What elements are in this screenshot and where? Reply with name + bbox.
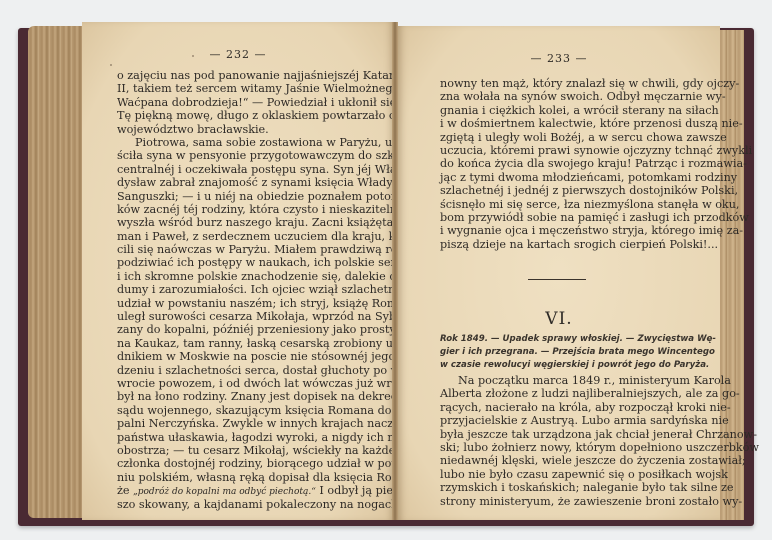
paper-speck	[110, 64, 112, 66]
text-line: bom przywiódł sobie na pamięć i zasługi …	[440, 211, 670, 224]
text-line: lubo nie było czasu zapewnić się o posił…	[440, 468, 670, 481]
text-line: Alberta złożone z ludzi najliberalniejsz…	[440, 387, 670, 400]
text-line: jąc z tymi dwoma młodzieńcami, potomkami…	[440, 171, 670, 184]
text-line: ścisnęło mi się serce, łza niezmyślona s…	[440, 198, 670, 211]
italic-quote: „podróż do kopalni ma odbyć piechotą.“	[133, 487, 316, 497]
text-line: Sanguszki; — i u niéj na obiedzie poznał…	[117, 190, 359, 203]
text-line: o zajęciu nas pod panowanie najjaśniejsz…	[117, 69, 359, 82]
text-line: niedawnéj klęski, wiele jeszcze do życze…	[440, 454, 670, 467]
text-line: obostrza; — tu cesarz Mikołaj, wściekły …	[117, 444, 359, 457]
text-line: i ich skromne polskie znachodzenie się, …	[117, 270, 359, 283]
summary-line: gier i ich przegrana. — Przejścia brata …	[440, 346, 670, 359]
text-line: wyszła wśród burz naszego kraju. Zacni k…	[117, 216, 359, 229]
right-page-text-top: nowny ten mąż, który znalazł się w chwil…	[440, 77, 670, 251]
chapter-number: VI.	[398, 309, 720, 329]
paper-speck	[192, 55, 194, 57]
text-line: uległ surowości cesarza Mikołaja, wprzód…	[117, 310, 359, 323]
text-line: i wygnanie ojca i męczeństwo stryja, któ…	[440, 224, 670, 237]
text-line: był na łono rodziny. Znany jest dopisek …	[117, 390, 359, 403]
left-page-edges	[28, 26, 84, 518]
chapter-summary: Rok 1849. — Upadek sprawy włoskiej. — Zw…	[440, 333, 670, 372]
text-line: niu polskiém, własną ręką dopisał dla ks…	[117, 471, 359, 484]
page-number-right: — 233 —	[398, 52, 720, 65]
text-line: Na początku marca 1849 r., ministeryum K…	[440, 374, 670, 387]
text-line: cili się naówczas w Paryżu. Miałem prawd…	[117, 243, 359, 256]
text-line: dysław zabrał znajomość z synami księcia…	[117, 176, 359, 189]
text-line: Tę piękną mowę, długo z oklaskiem powtar…	[117, 109, 359, 122]
quote-prefix: że	[117, 484, 133, 497]
text-line: dumy i zarozumiałości. Ich ojciec wziął …	[117, 283, 359, 296]
text-line: zany do kopalni, późniéj przeniesiony ja…	[117, 323, 359, 336]
quote-suffix: I odbył ją pie-	[316, 484, 397, 497]
text-line: man i Paweł, z serdecznem uczuciem dla k…	[117, 230, 359, 243]
text-line: przyjacielskie z Austryą. Lubo armia sar…	[440, 414, 670, 427]
section-separator	[528, 279, 586, 280]
open-book-photo: — 232 — o zajęciu nas pod panowanie najj…	[0, 0, 772, 540]
left-page-text: o zajęciu nas pod panowanie najjaśniejsz…	[117, 69, 359, 511]
quote-line: że „podróż do kopalni ma odbyć piechotą.…	[117, 484, 359, 497]
text-line: na Kaukaz, tam ranny, łaską cesarską zro…	[117, 337, 359, 350]
text-line: dzeniu i szlachetności serca, dostał głu…	[117, 364, 359, 377]
text-line: Piotrowa, sama sobie zostawiona w Paryżu…	[117, 136, 359, 149]
left-page: — 232 — o zajęciu nas pod panowanie najj…	[82, 22, 394, 520]
text-line: piszą dzieje na kartach srogich cierpień…	[440, 238, 670, 251]
text-line: do końca życia dla swojego kraju! Patrzą…	[440, 157, 670, 170]
text-line: gnania i ciężkich kolei, a wrócił steran…	[440, 104, 670, 117]
page-number-left: — 232 —	[82, 48, 394, 61]
text-line: strony ministeryum, że zawieszenie broni…	[440, 495, 670, 508]
text-line: udział w powstaniu naszém; ich stryj, ks…	[117, 297, 359, 310]
text-line: uczucia, któremi prawi synowie ojczyzny …	[440, 144, 670, 157]
right-page-text-bottom: Na początku marca 1849 r., ministeryum K…	[440, 374, 670, 508]
text-line: ski; lubo żołnierz nowy, którym dopełnio…	[440, 441, 670, 454]
text-line: Waćpana dobrodzieja!“ — Powiedział i ukł…	[117, 96, 359, 109]
text-line: dnikiem w Moskwie na poscie nie stósowné…	[117, 350, 359, 363]
summary-line: Rok 1849. — Upadek sprawy włoskiej. — Zw…	[440, 333, 670, 346]
text-line: podziwiać ich postępy w naukach, ich pol…	[117, 256, 359, 269]
text-line: wrocie powozem, i od dwóch lat wówczas j…	[117, 377, 359, 390]
text-line: ków zacnéj téj rodziny, która czysto i n…	[117, 203, 359, 216]
text-line: rących, nacierało na króla, aby rozpoczą…	[440, 401, 670, 414]
text-line: ściła syna w pensyonie przygotowawczym d…	[117, 149, 359, 162]
summary-line: w czasie rewolucyi węgierskiej i powrót …	[440, 359, 670, 372]
text-line: II, takiem też sercem witamy Jaśnie Wiel…	[117, 82, 359, 95]
text-line: szo skowany, a kajdanami pokaleczony na …	[117, 498, 359, 511]
text-line: rzymskich i toskańskich; naleganie było …	[440, 481, 670, 494]
text-line: nowny ten mąż, który znalazł się w chwil…	[440, 77, 670, 90]
text-line: zgiętą i uległy woli Bożéj, a w sercu ch…	[440, 131, 670, 144]
text-line: szlachetnéj i jednéj z pierwszych dostoj…	[440, 184, 670, 197]
text-line: centralnéj i oczekiwała postępu syna. Sy…	[117, 163, 359, 176]
text-line: sądu wojennego, skazującym księcia Roman…	[117, 404, 359, 417]
text-line: członka dostojnéj rodziny, biorącego udz…	[117, 457, 359, 470]
right-page: — 233 — nowny ten mąż, który znalazł się…	[398, 26, 720, 520]
text-line: i w dośmiertnem kalectwie, które przenos…	[440, 117, 670, 130]
text-line: zna wołała na synów swoich. Odbył męczar…	[440, 90, 670, 103]
text-line: palni Nerczyńska. Zwykle w innych krajac…	[117, 417, 359, 430]
text-line: państwa ułaskawia, łagodzi wyroki, a nig…	[117, 431, 359, 444]
text-line: była jeszcze tak urządzona jak chciał je…	[440, 428, 670, 441]
text-line: województwo bracławskie.	[117, 123, 359, 136]
